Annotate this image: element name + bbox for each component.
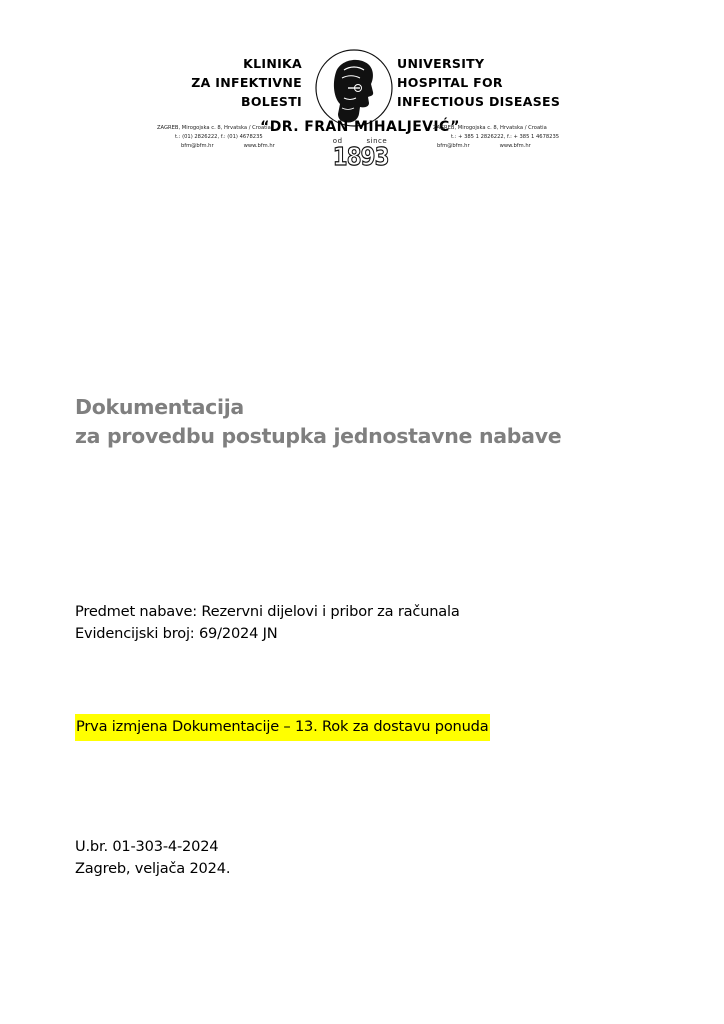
contact-web: www.bfm.hr	[244, 143, 275, 149]
contact-address: ZAGREB, Mirogojska c. 8, Hrvatska / Croa…	[157, 124, 275, 133]
contact-email: bfm@bfm.hr	[181, 143, 214, 149]
registration-number: Evidencijski broj: 69/2024 JN	[75, 623, 460, 645]
contact-phone: t.: (01) 2826222, f.: (01) 4678235	[157, 133, 275, 142]
title-line-1: Dokumentacija	[75, 393, 561, 422]
letterhead-right-line: HOSPITAL FOR	[397, 73, 560, 92]
amendment-highlight: Prva izmjena Dokumentacije – 13. Rok za …	[75, 714, 490, 741]
contact-info-left: ZAGREB, Mirogojska c. 8, Hrvatska / Croa…	[157, 124, 275, 151]
letterhead-right-line: INFECTIOUS DISEASES	[397, 92, 560, 111]
document-title: Dokumentacija za provedbu postupka jedno…	[75, 393, 561, 451]
document-reference: U.br. 01-303-4-2024 Zagreb, veljača 2024…	[75, 836, 230, 880]
contact-phone: t.: + 385 1 2826222, f.: + 385 1 4678235	[433, 133, 559, 142]
letterhead-right-line: UNIVERSITY	[397, 54, 560, 73]
reference-number: U.br. 01-303-4-2024	[75, 836, 230, 858]
title-line-2: za provedbu postupka jednostavne nabave	[75, 422, 561, 451]
founding-year: 1893	[333, 142, 387, 171]
letterhead-english-name: UNIVERSITY HOSPITAL FOR INFECTIOUS DISEA…	[397, 54, 560, 111]
subject-line: Predmet nabave: Rezervni dijelovi i prib…	[75, 601, 460, 623]
contact-info-right: ZAGREB, Mirogojska c. 8, Hrvatska / Croa…	[433, 124, 559, 151]
letterhead-croatian-name: KLINIKA ZA INFEKTIVNE BOLESTI	[191, 54, 302, 111]
procurement-subject: Predmet nabave: Rezervni dijelovi i prib…	[75, 601, 460, 645]
portrait-seal-icon	[314, 48, 394, 128]
document-page: KLINIKA ZA INFEKTIVNE BOLESTI UNIVERSITY…	[0, 0, 724, 1024]
place-date: Zagreb, veljača 2024.	[75, 858, 230, 880]
letterhead-left-line: KLINIKA	[191, 54, 302, 73]
letterhead-left-line: ZA INFEKTIVNE	[191, 73, 302, 92]
contact-email: bfm@bfm.hr	[437, 143, 470, 149]
letterhead-left-line: BOLESTI	[191, 92, 302, 111]
contact-address: ZAGREB, Mirogojska c. 8, Hrvatska / Croa…	[433, 124, 559, 133]
letterhead: KLINIKA ZA INFEKTIVNE BOLESTI UNIVERSITY…	[150, 46, 570, 168]
contact-web: www.bfm.hr	[500, 143, 531, 149]
